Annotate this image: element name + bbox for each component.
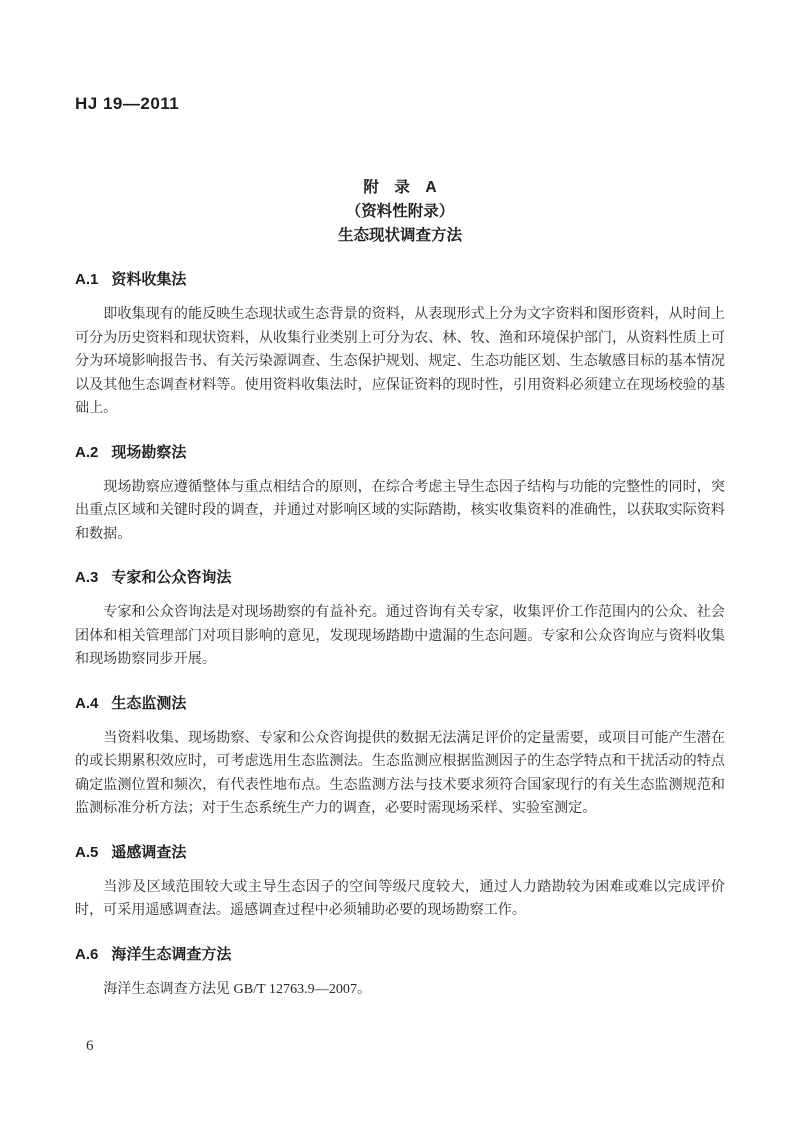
section-title: 海洋生态调查方法 — [111, 945, 231, 965]
section-title: 专家和公众咨询法 — [111, 568, 231, 588]
appendix-type: （资料性附录） — [75, 200, 725, 224]
section-heading: A.6 海洋生态调查方法 — [75, 945, 725, 965]
section-number: A.2 — [75, 443, 98, 463]
appendix-subject: 生态现状调查方法 — [75, 224, 725, 248]
section-number: A.1 — [75, 270, 98, 290]
section-a5: A.5 遥感调查法 当涉及区域范围较大或主导生态因子的空间等级尺度较大，通过人力… — [75, 843, 725, 923]
section-number: A.6 — [75, 945, 98, 965]
section-heading: A.3 专家和公众咨询法 — [75, 568, 725, 588]
section-number: A.5 — [75, 843, 98, 863]
section-title: 遥感调查法 — [111, 843, 186, 863]
section-a2: A.2 现场勘察法 现场勘察应遵循整体与重点相结合的原则，在综合考虑主导生态因子… — [75, 443, 725, 547]
appendix-title-block: 附 录 A （资料性附录） 生态现状调查方法 — [75, 176, 725, 248]
section-title: 现场勘察法 — [111, 443, 186, 463]
page-content: HJ 19—2011 附 录 A （资料性附录） 生态现状调查方法 A.1 资料… — [0, 0, 800, 1001]
section-paragraph: 当涉及区域范围较大或主导生态因子的空间等级尺度较大，通过人力踏勘较为困难或难以完… — [75, 876, 725, 923]
section-paragraph: 现场勘察应遵循整体与重点相结合的原则，在综合考虑主导生态因子结构与功能的完整性的… — [75, 476, 725, 547]
section-heading: A.5 遥感调查法 — [75, 843, 725, 863]
doc-number: HJ 19—2011 — [75, 93, 725, 114]
page-number: 6 — [86, 1037, 94, 1055]
section-heading: A.1 资料收集法 — [75, 270, 725, 290]
section-paragraph: 即收集现有的能反映生态现状或生态背景的资料，从表现形式上分为文字资料和图形资料，… — [75, 303, 725, 421]
section-paragraph: 专家和公众咨询法是对现场勘察的有益补充。通过咨询有关专家，收集评价工作范围内的公… — [75, 601, 725, 672]
section-title: 资料收集法 — [111, 270, 186, 290]
section-a6: A.6 海洋生态调查方法 海洋生态调查方法见 GB/T 12763.9—2007… — [75, 945, 725, 1002]
document-page: HJ 19—2011 附 录 A （资料性附录） 生态现状调查方法 A.1 资料… — [0, 0, 800, 1132]
section-heading: A.2 现场勘察法 — [75, 443, 725, 463]
section-number: A.4 — [75, 694, 98, 714]
section-a4: A.4 生态监测法 当资料收集、现场勘察、专家和公众咨询提供的数据无法满足评价的… — [75, 694, 725, 821]
section-title: 生态监测法 — [111, 694, 186, 714]
appendix-label: 附 录 A — [75, 176, 725, 200]
section-a3: A.3 专家和公众咨询法 专家和公众咨询法是对现场勘察的有益补充。通过咨询有关专… — [75, 568, 725, 672]
section-a1: A.1 资料收集法 即收集现有的能反映生态现状或生态背景的资料，从表现形式上分为… — [75, 270, 725, 421]
section-paragraph: 海洋生态调查方法见 GB/T 12763.9—2007。 — [75, 978, 725, 1002]
section-heading: A.4 生态监测法 — [75, 694, 725, 714]
section-paragraph: 当资料收集、现场勘察、专家和公众咨询提供的数据无法满足评价的定量需要，或项目可能… — [75, 727, 725, 821]
section-number: A.3 — [75, 568, 98, 588]
